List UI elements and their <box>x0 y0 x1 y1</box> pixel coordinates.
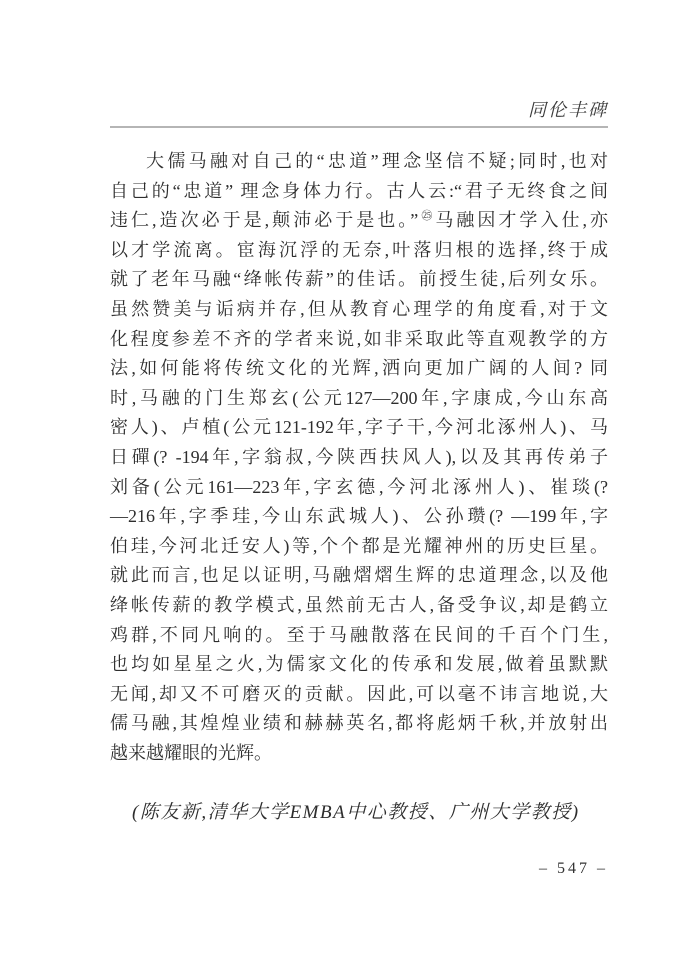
book-page: 同伦丰碑 大儒马融对自己的“忠道”理念坚信不疑;同时,也对 自己的“忠道” 理念… <box>0 0 692 968</box>
header-rule <box>110 126 608 128</box>
text-line: 违仁,造次必于是,颠沛必于是也。”㉕马融因才学入仕,亦 <box>110 206 608 236</box>
text-line: 时,马融的门生郑玄(公元127—200年,字康成,今山东高 <box>110 384 608 414</box>
text-segment: 马融因才学入仕,亦 <box>435 210 608 230</box>
text-line: 密人)、卢植(公元121-192年,字子干,今河北涿州人)、马 <box>110 413 608 443</box>
text-line: 鸡群,不同凡响的。至于马融散落在民间的千百个门生, <box>110 621 608 651</box>
text-line: 就了老年马融“绛帐传薪”的佳话。前授生徒,后列女乐。 <box>110 265 608 295</box>
page-number: – 547 – <box>110 860 608 878</box>
running-header-title: 同伦丰碑 <box>110 96 608 122</box>
text-line: 伯珪,今河北迁安人)等,个个都是光耀神州的历史巨星。 <box>110 532 608 562</box>
text-line: 日磾(? -194年,字翁叔,今陕西扶风人),以及其再传弟子 <box>110 443 608 473</box>
text-line: 也均如星星之火,为儒家文化的传承和发展,做着虽默默 <box>110 650 608 680</box>
footnote-ref: ㉕ <box>418 210 435 222</box>
text-line: 越来越耀眼的光辉。 <box>110 739 608 769</box>
author-attribution: (陈友新,清华大学EMBA中心教授、广州大学教授) <box>132 797 592 824</box>
body-paragraph: 大儒马融对自己的“忠道”理念坚信不疑;同时,也对 自己的“忠道” 理念身体力行。… <box>110 147 608 768</box>
text-line: 绛帐传薪的教学模式,虽然前无古人,备受争议,却是鹤立 <box>110 591 608 621</box>
text-line: 虽然赞美与诟病并存,但从教育心理学的角度看,对于文 <box>110 295 608 325</box>
text-line: 化程度参差不齐的学者来说,如非采取此等直观教学的方 <box>110 325 608 355</box>
text-line: 刘备(公元161—223年,字玄德,今河北涿州人)、崔琰(? <box>110 473 608 503</box>
text-line: 自己的“忠道” 理念身体力行。古人云:“君子无终食之间 <box>110 177 608 207</box>
text-line: 大儒马融对自己的“忠道”理念坚信不疑;同时,也对 <box>110 147 608 177</box>
text-line: —216年,字季珪,今山东武城人)、公孙瓒(? —199年,字 <box>110 502 608 532</box>
text-segment: 违仁,造次必于是,颠沛必于是也。” <box>110 210 418 230</box>
text-line: 无闻,却又不可磨灭的贡献。因此,可以毫不讳言地说,大 <box>110 680 608 710</box>
text-line: 就此而言,也足以证明,马融熠熠生辉的忠道理念,以及他 <box>110 561 608 591</box>
text-line: 儒马融,其煌煌业绩和赫赫英名,都将彪炳千秋,并放射出 <box>110 709 608 739</box>
text-line: 以才学流离。宦海沉浮的无奈,叶落归根的选择,终于成 <box>110 236 608 266</box>
text-line: 法,如何能将传统文化的光辉,洒向更加广阔的人间? 同 <box>110 354 608 384</box>
